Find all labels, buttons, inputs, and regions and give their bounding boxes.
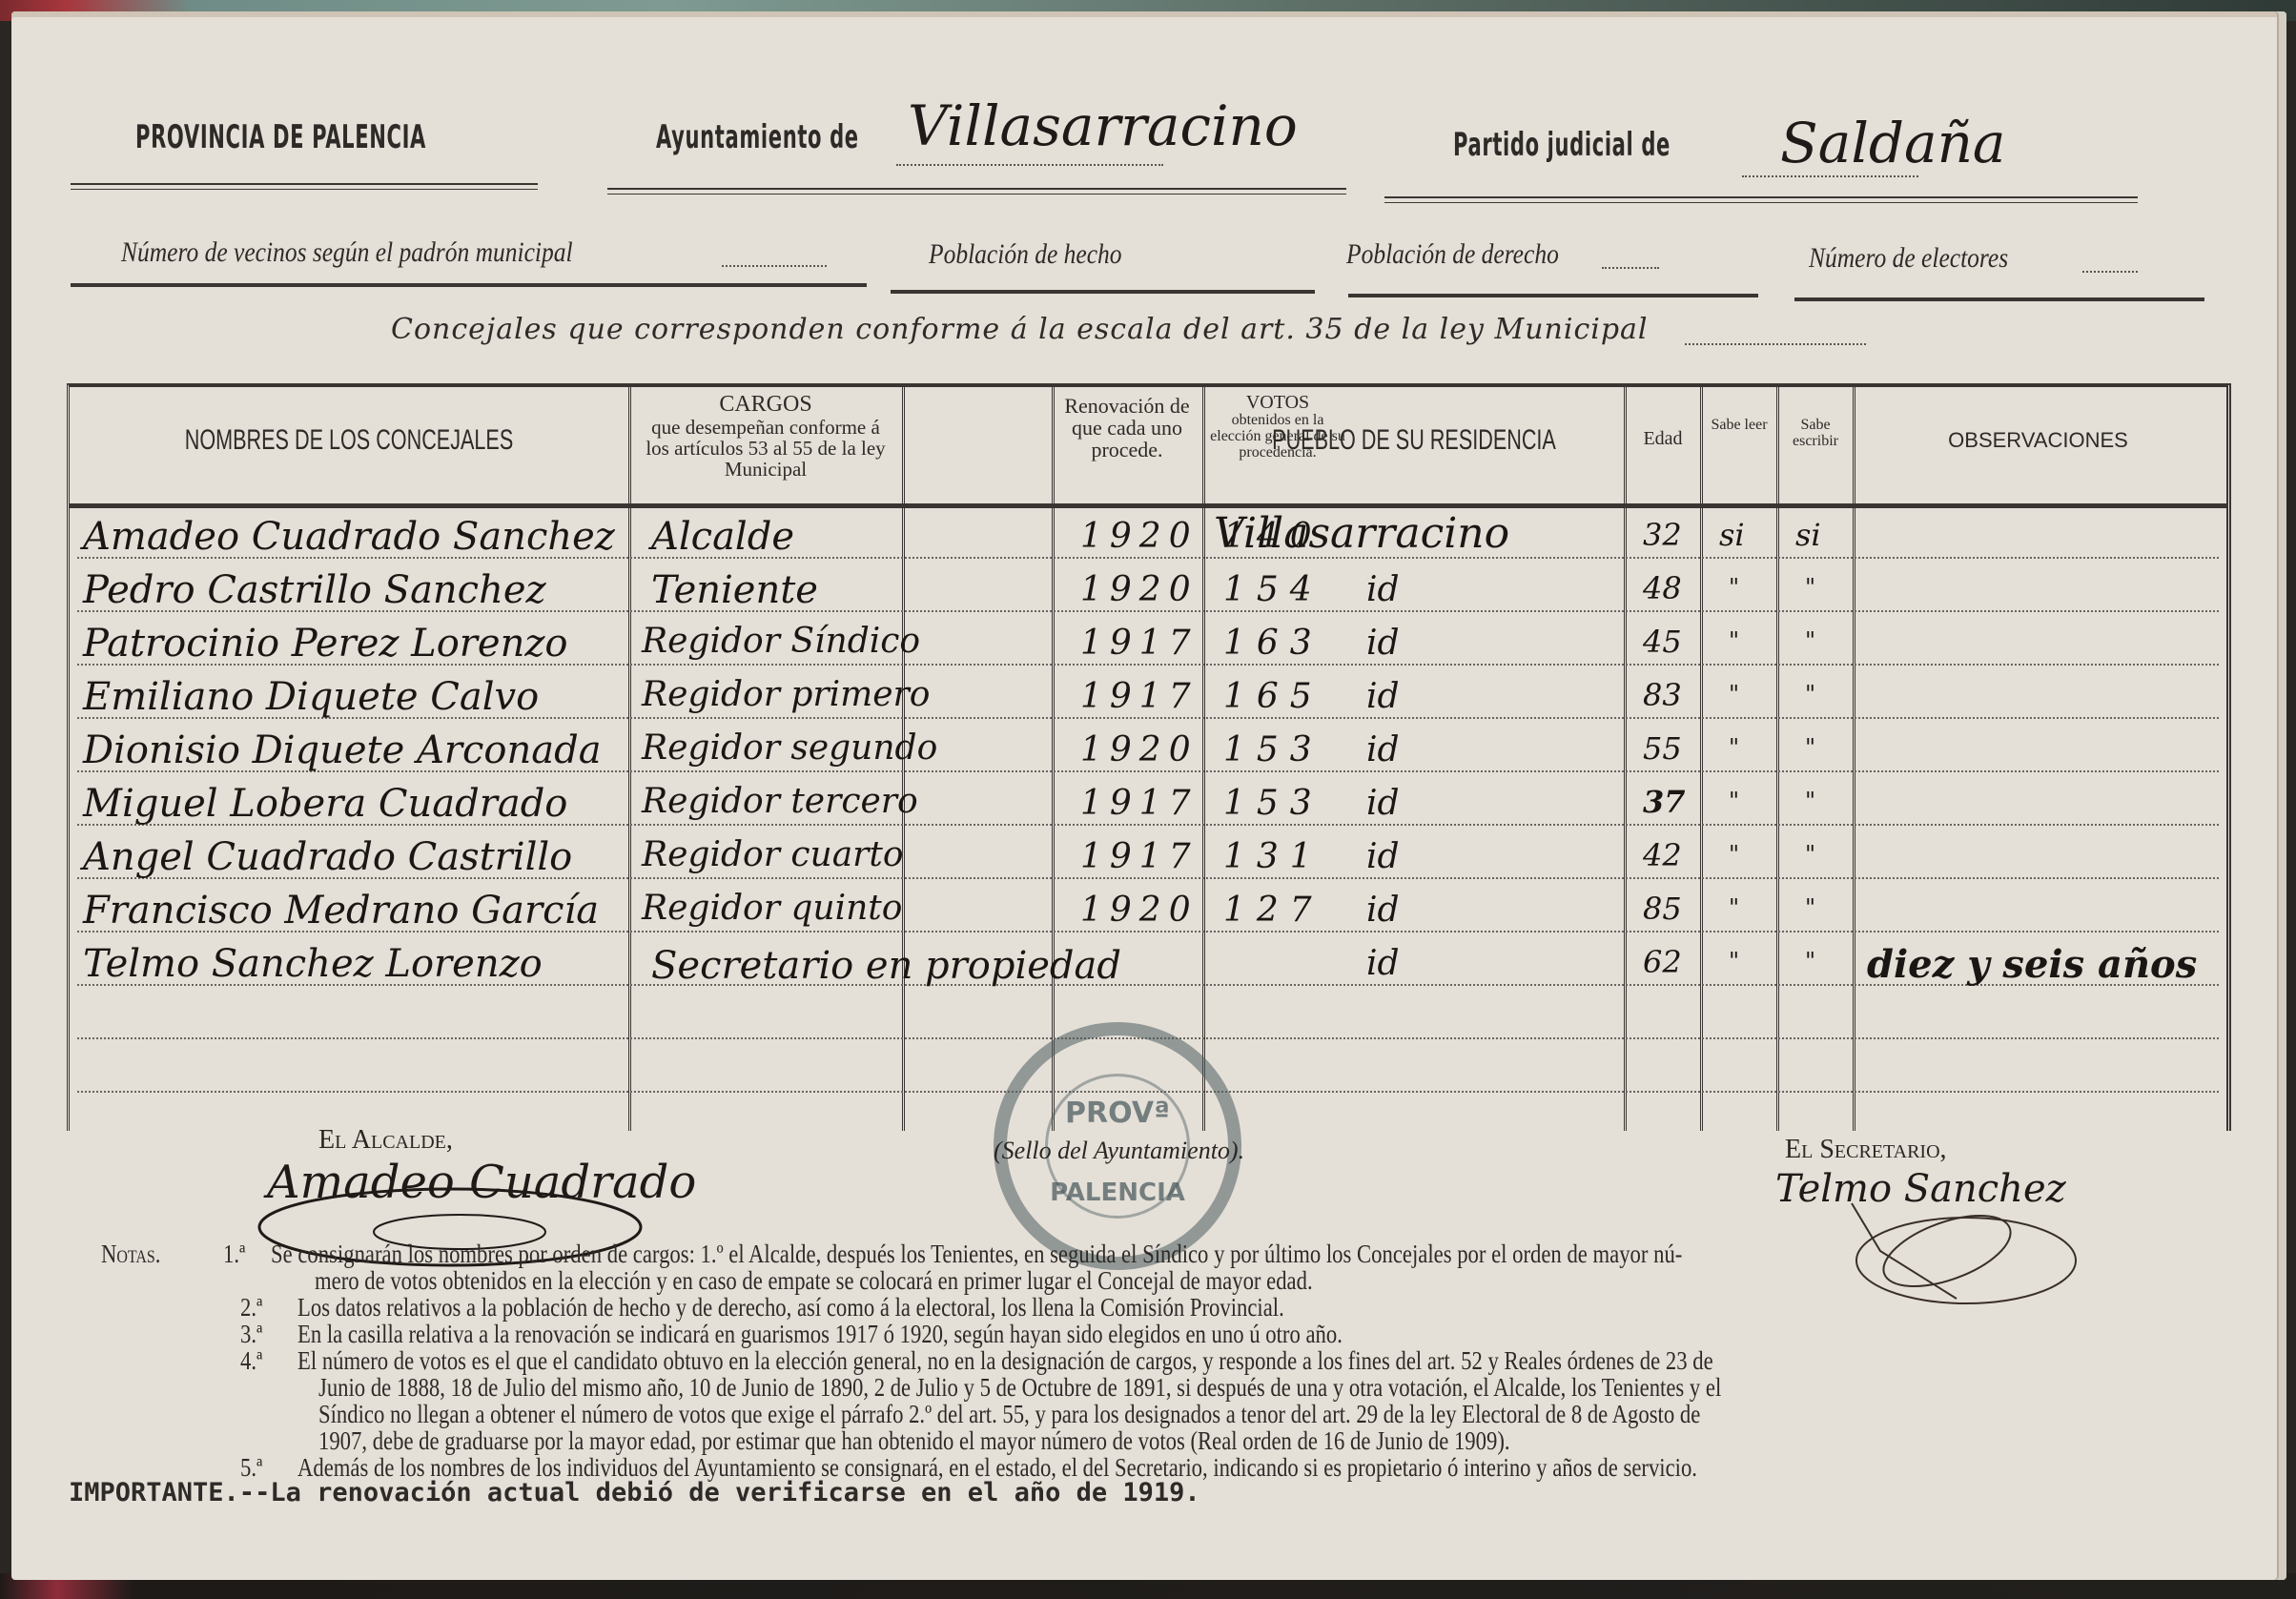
vecinos-field[interactable] (722, 265, 827, 267)
cell-cargo: Regidor tercero (642, 782, 918, 821)
cell-leer: " (1729, 841, 1739, 868)
electores-underline (1794, 297, 2204, 301)
sello-label: (Sello del Ayuntamiento). (994, 1137, 1244, 1165)
cell-cargo: Regidor primero (642, 675, 930, 714)
note-number: 4.ª (240, 1346, 262, 1376)
cell-votos: 127 (1223, 891, 1323, 930)
cell-escribir: " (1805, 734, 1815, 761)
col-divider (1624, 387, 1627, 1131)
ayuntamiento-value: Villasarracino (908, 93, 1298, 158)
note-text: 1907, debe de graduarse por la mayor eda… (318, 1426, 1510, 1456)
note-number: 1.ª (223, 1240, 245, 1269)
cell-observaciones: diez y seis años (1867, 942, 2197, 987)
cell-cargo: Regidor segundo (642, 728, 937, 768)
cell-cargo: Teniente (651, 568, 818, 612)
cell-votos: 153 (1223, 784, 1323, 823)
electores-label: Número de electores (1809, 242, 2008, 275)
cell-escribir: " (1805, 948, 1815, 974)
cell-nombre: Amadeo Cuadrado Sanchez (83, 515, 615, 559)
col-divider (1700, 387, 1703, 1131)
col-divider (628, 387, 631, 1131)
cell-escribir: " (1805, 894, 1815, 921)
note-text: Junio de 1888, 18 de Julio del mismo año… (318, 1373, 1721, 1403)
concejales-field[interactable] (1685, 343, 1866, 345)
partido-dots (1742, 175, 1918, 177)
note-text: En la casilla relativa a la renovación s… (297, 1320, 1343, 1349)
cell-edad: 37 (1643, 784, 1686, 820)
header-edad: Edad (1626, 429, 1700, 449)
col-divider (1052, 387, 1055, 1131)
cell-leer: " (1729, 681, 1739, 707)
cell-escribir: si (1795, 517, 1821, 553)
note-text: Síndico no llegan a obtener el número de… (318, 1400, 1700, 1429)
header-votos-title: VOTOS (1206, 393, 1349, 413)
secretario-flourish-icon (1842, 1194, 2090, 1327)
cell-leer: " (1729, 948, 1739, 974)
cell-edad: 32 (1643, 517, 1682, 553)
cell-cargo: Regidor Síndico (642, 622, 920, 661)
col-divider (1776, 387, 1779, 1131)
stamp-line1: PROVª (1007, 1097, 1228, 1130)
partido-value: Saldaña (1780, 111, 2006, 175)
cell-escribir: " (1805, 627, 1815, 654)
cell-votos: 154 (1223, 570, 1323, 609)
poblacion-hecho-underline (891, 290, 1315, 294)
cell-votos: 153 (1223, 730, 1323, 769)
cell-nombre: Emiliano Diquete Calvo (83, 675, 539, 719)
note-text: Los datos relativos a la población de he… (297, 1293, 1284, 1322)
note-text: Se consignarán los nombres por orden de … (271, 1240, 1682, 1269)
cell-renovacion: 1920 (1080, 891, 1199, 930)
cell-renovacion: 1917 (1080, 677, 1199, 716)
col-divider (1202, 387, 1205, 1131)
note-text: El número de votos es el que el candidat… (297, 1346, 1713, 1376)
cell-cargo: Secretario en propiedad (651, 944, 1121, 988)
header-pueblo: PUEBLO DE SU RESIDENCIA (1263, 425, 1566, 456)
provincia-underline (71, 183, 538, 190)
cell-votos: 163 (1223, 624, 1323, 663)
partido-label: Partido judicial de (1453, 126, 1671, 164)
alcalde-label: El Alcalde, (318, 1125, 453, 1156)
cell-nombre: Telmo Sanchez Lorenzo (83, 942, 543, 986)
poblacion-hecho-label: Población de hecho (929, 238, 1122, 271)
note-number: 2.ª (240, 1293, 262, 1322)
important-notice: IMPORTANTE.--La renovación actual debió … (69, 1478, 1200, 1507)
cell-edad: 48 (1643, 570, 1682, 606)
provincia-title: PROVINCIA DE PALENCIA (135, 118, 426, 156)
cell-renovacion: 1917 (1080, 624, 1199, 663)
cell-cargo: Regidor cuarto (642, 835, 904, 874)
header-cargos-title: CARGOS (632, 393, 899, 417)
header-escribir: Sabe escribir (1778, 418, 1853, 450)
concejales-table: NOMBRES DE LOS CONCEJALES CARGOS que des… (67, 383, 2231, 1131)
vecinos-label: Número de vecinos según el padrón munici… (121, 236, 573, 269)
vecinos-underline (71, 283, 867, 287)
header-nombres: NOMBRES DE LOS CONCEJALES (148, 425, 550, 456)
poblacion-derecho-label: Población de derecho (1346, 238, 1559, 271)
cell-nombre: Francisco Medrano García (83, 889, 599, 933)
cell-pueblo: id (1366, 624, 1400, 663)
cell-nombre: Pedro Castrillo Sanchez (83, 568, 546, 612)
cell-edad: 62 (1643, 944, 1682, 980)
cell-renovacion: 1917 (1080, 837, 1199, 876)
note-text: mero de votos obtenidos en la elección y… (315, 1266, 1313, 1296)
header-observaciones: OBSERVACIONES (1855, 429, 2222, 451)
notes-label: Notas. (101, 1240, 160, 1269)
cell-pueblo: id (1366, 944, 1400, 983)
electores-field[interactable] (2082, 271, 2138, 273)
cell-nombre: Miguel Lobera Cuadrado (83, 782, 567, 826)
cell-pueblo: Villasarracino (1214, 509, 1509, 558)
document-page: PROVINCIA DE PALENCIA Ayuntamiento de Vi… (11, 11, 2286, 1580)
ayuntamiento-dots (896, 164, 1163, 166)
stamp-line2: PALENCIA (1007, 1179, 1228, 1207)
cell-edad: 55 (1643, 730, 1682, 767)
cell-pueblo: id (1366, 891, 1400, 930)
cell-pueblo: id (1366, 837, 1400, 876)
cell-edad: 45 (1643, 624, 1682, 660)
cell-nombre: Dionisio Diquete Arconada (83, 728, 602, 772)
header-leer: Sabe leer (1702, 418, 1776, 434)
concejales-label: Concejales que corresponden conforme á l… (391, 313, 1649, 346)
cell-nombre: Patrocinio Perez Lorenzo (83, 622, 568, 666)
cell-escribir: " (1805, 574, 1815, 601)
partido-underline (1384, 196, 2138, 203)
cell-escribir: " (1805, 681, 1815, 707)
cell-renovacion: 1920 (1080, 730, 1199, 769)
cell-leer: " (1729, 788, 1739, 814)
cell-escribir: " (1805, 788, 1815, 814)
cell-renovacion: 1920 (1080, 570, 1199, 609)
cell-votos: 131 (1223, 837, 1323, 876)
cell-leer: " (1729, 574, 1739, 601)
cell-leer: " (1729, 894, 1739, 921)
note-number: 3.ª (240, 1320, 262, 1349)
poblacion-derecho-field[interactable] (1602, 267, 1659, 269)
header-cargos: CARGOS que desempeñan conforme á los art… (632, 393, 899, 480)
cell-renovacion: 1920 (1080, 517, 1199, 556)
cell-votos: 165 (1223, 677, 1323, 716)
ayuntamiento-underline (607, 188, 1346, 195)
cell-renovacion: 1917 (1080, 784, 1199, 823)
cell-escribir: " (1805, 841, 1815, 868)
cell-edad: 83 (1643, 677, 1682, 713)
cell-pueblo: id (1366, 784, 1400, 823)
poblacion-derecho-underline (1348, 294, 1758, 297)
header-cargos-sub: que desempeñan conforme á los artículos … (632, 417, 899, 480)
cell-pueblo: id (1366, 570, 1400, 609)
cell-nombre: Angel Cuadrado Castrillo (83, 835, 572, 879)
cell-leer: " (1729, 734, 1739, 761)
cell-pueblo: id (1366, 730, 1400, 769)
cell-cargo: Regidor quinto (642, 889, 902, 928)
cell-cargo: Alcalde (651, 515, 794, 559)
cell-leer: " (1729, 627, 1739, 654)
ayuntamiento-label: Ayuntamiento de (656, 118, 859, 156)
col-divider (1853, 387, 1855, 1131)
header-renovacion: Renovación de que cada uno procede. (1056, 395, 1199, 461)
secretario-label: El Secretario, (1785, 1135, 1947, 1165)
cell-edad: 42 (1643, 837, 1682, 873)
header-rule (70, 503, 2226, 508)
cell-edad: 85 (1643, 891, 1682, 927)
cell-leer: si (1719, 517, 1745, 553)
cell-pueblo: id (1366, 677, 1400, 716)
